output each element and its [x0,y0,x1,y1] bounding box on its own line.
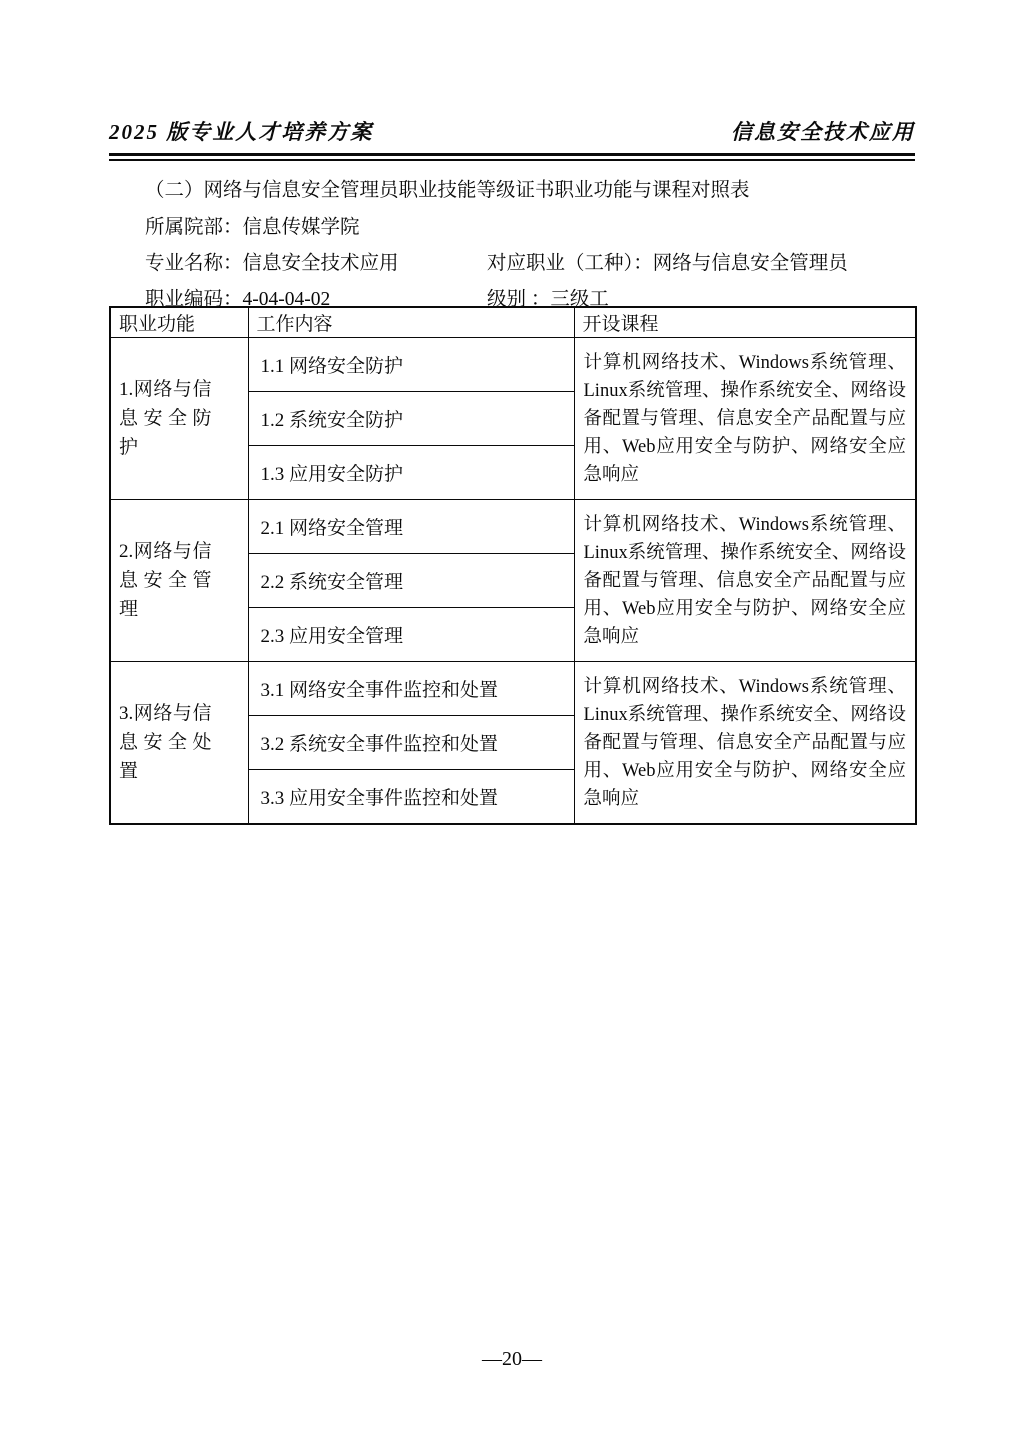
task-cell-2-1: 2.1 网络安全管理 [248,500,574,554]
task-cell-2-2: 2.2 系统安全管理 [248,554,574,608]
task-cell-3-1: 3.1 网络安全事件监控和处置 [248,662,574,716]
table-row: 3.网络与信息安全处置 3.1 网络安全事件监控和处置 计算机网络技术、Wind… [110,662,916,716]
page-number: —20— [0,1348,1024,1371]
task-cell-3-2: 3.2 系统安全事件监控和处置 [248,716,574,770]
table-row: 2.网络与信息安全管理 2.1 网络安全管理 计算机网络技术、Windows系统… [110,500,916,554]
courses-cell-2: 计算机网络技术、Windows系统管理、Linux系统管理、操作系统安全、网络设… [574,500,916,662]
courses-cell-3: 计算机网络技术、Windows系统管理、Linux系统管理、操作系统安全、网络设… [574,662,916,825]
courses-cell-1: 计算机网络技术、Windows系统管理、Linux系统管理、操作系统安全、网络设… [574,338,916,500]
task-cell-3-3: 3.3 应用安全事件监控和处置 [248,770,574,825]
info-line-department: 所属院部：信息传媒学院 [145,211,915,239]
header-double-rule [109,153,915,161]
col-header-function: 职业功能 [110,307,248,338]
header-left-text: 2025 版专业人才培养方案 [109,116,373,146]
function-course-table: 职业功能 工作内容 开设课程 1.网络与信息安全防护 1.1 网络安全防护 计算… [109,306,917,825]
task-cell-1-2: 1.2 系统安全防护 [248,392,574,446]
col-header-courses: 开设课程 [574,307,916,338]
document-page: 2025 版专业人才培养方案 信息安全技术应用 （二）网络与信息安全管理员职业技… [0,0,1024,1448]
table-header-row: 职业功能 工作内容 开设课程 [110,307,916,338]
major-text: 专业名称：信息安全技术应用 [145,253,399,274]
running-header: 2025 版专业人才培养方案 信息安全技术应用 [109,116,915,161]
task-cell-2-3: 2.3 应用安全管理 [248,608,574,662]
header-right-text: 信息安全技术应用 [731,116,915,146]
function-cell-1: 1.网络与信息安全防护 [110,338,248,500]
section-title: （二）网络与信息安全管理员职业技能等级证书职业功能与课程对照表 [145,174,750,202]
function-cell-2: 2.网络与信息安全管理 [110,500,248,662]
task-cell-1-3: 1.3 应用安全防护 [248,446,574,500]
table-row: 1.网络与信息安全防护 1.1 网络安全防护 计算机网络技术、Windows系统… [110,338,916,392]
function-cell-3: 3.网络与信息安全处置 [110,662,248,825]
department-text: 所属院部：信息传媒学院 [145,217,360,238]
info-line-major: 专业名称：信息安全技术应用 对应职业（工种）：网络与信息安全管理员 [145,247,915,275]
col-header-tasks: 工作内容 [248,307,574,338]
task-cell-1-1: 1.1 网络安全防护 [248,338,574,392]
occupation-text: 对应职业（工种）：网络与信息安全管理员 [487,247,848,275]
